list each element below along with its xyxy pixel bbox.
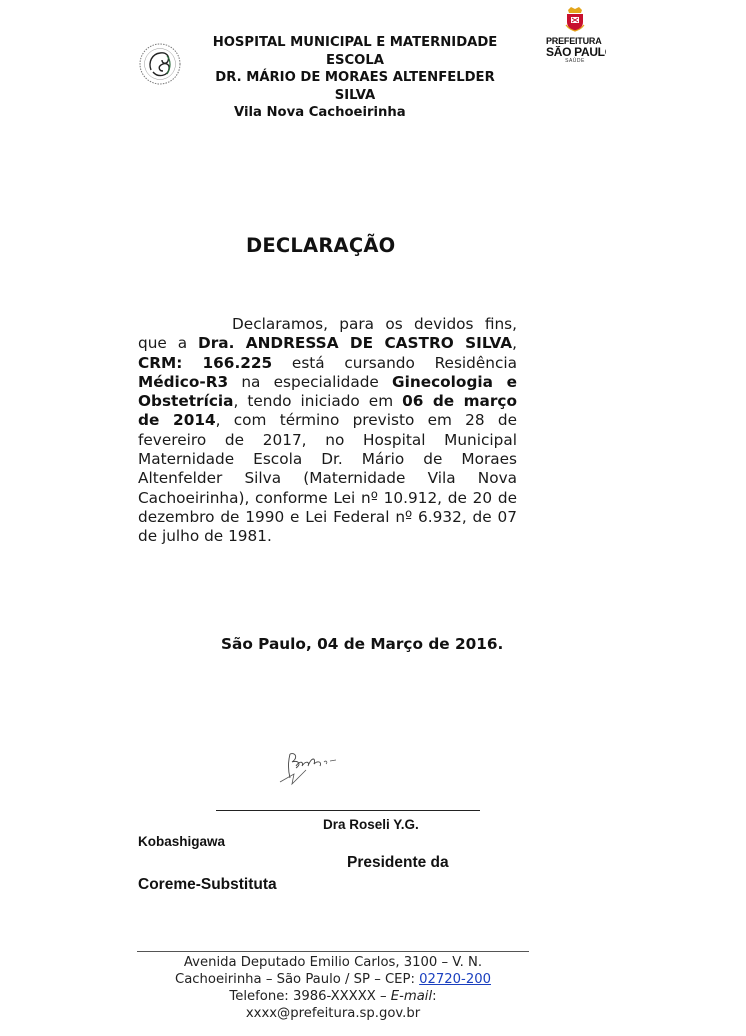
body-text: , [512, 334, 517, 352]
hospital-name-line-3: DR. MÁRIO DE MORAES ALTENFELDER [180, 69, 530, 87]
contact-line: Telefone: 3986-XXXXX – E-mail: [137, 988, 529, 1005]
body-text: está cursando Residência [272, 354, 517, 372]
handwritten-signature [276, 748, 346, 788]
resident-name: Dra. ANDRESSA DE CASTRO SILVA [198, 334, 512, 352]
signer-surname: Kobashigawa [138, 834, 225, 849]
address-text: Cachoeirinha – São Paulo / SP – CEP: [175, 972, 419, 987]
prefeitura-logo: PREFEITURA SÃO PAULO SAÚDE [540, 6, 610, 66]
cep-link[interactable]: 02720-200 [419, 972, 491, 987]
footer-address: Avenida Deputado Emilio Carlos, 3100 – V… [137, 954, 529, 1022]
prefeitura-label: PREFEITURA [544, 37, 606, 46]
hospital-name: HOSPITAL MUNICIPAL E MATERNIDADE ESCOLA … [180, 34, 530, 104]
declaration-body: Declaramos, para os devidos fins, que a … [138, 315, 517, 547]
document-title: DECLARAÇÃO [246, 234, 395, 257]
body-text: na especialidade [228, 373, 392, 391]
signer-name: Dra Roseli Y.G. [323, 817, 419, 832]
signature-line [216, 810, 480, 811]
hospital-name-line-4: SILVA [180, 87, 530, 105]
body-text: , com término previsto em 28 de fevereir… [138, 411, 517, 545]
place-date: São Paulo, 04 de Março de 2016. [221, 635, 503, 653]
signer-role-line-1: Presidente da [347, 854, 449, 872]
residency-level: Médico-R3 [138, 373, 228, 391]
saude-label: SAÚDE [540, 58, 610, 65]
crm-number: CRM: 166.225 [138, 354, 272, 372]
email-address: xxxx@prefeitura.sp.gov.br [137, 1005, 529, 1022]
hospital-name-line-2: ESCOLA [180, 52, 530, 70]
hospital-subtitle: Vila Nova Cachoeirinha [234, 105, 406, 120]
city-crest-icon [564, 6, 586, 32]
colon: : [432, 989, 436, 1004]
signer-role-line-2: Coreme-Substituta [138, 876, 277, 894]
email-label: E-mail [391, 989, 432, 1004]
phone-text: Telefone: 3986-XXXXX – [229, 989, 390, 1004]
signature-icon [276, 748, 346, 788]
address-line-2: Cachoeirinha – São Paulo / SP – CEP: 027… [137, 971, 529, 988]
body-text: , tendo iniciado em [233, 392, 402, 410]
hospital-name-line-1: HOSPITAL MUNICIPAL E MATERNIDADE [180, 34, 530, 52]
footer-divider [137, 951, 529, 952]
address-line-1: Avenida Deputado Emilio Carlos, 3100 – V… [137, 954, 529, 971]
sao-paulo-label: SÃO PAULO [544, 46, 606, 58]
